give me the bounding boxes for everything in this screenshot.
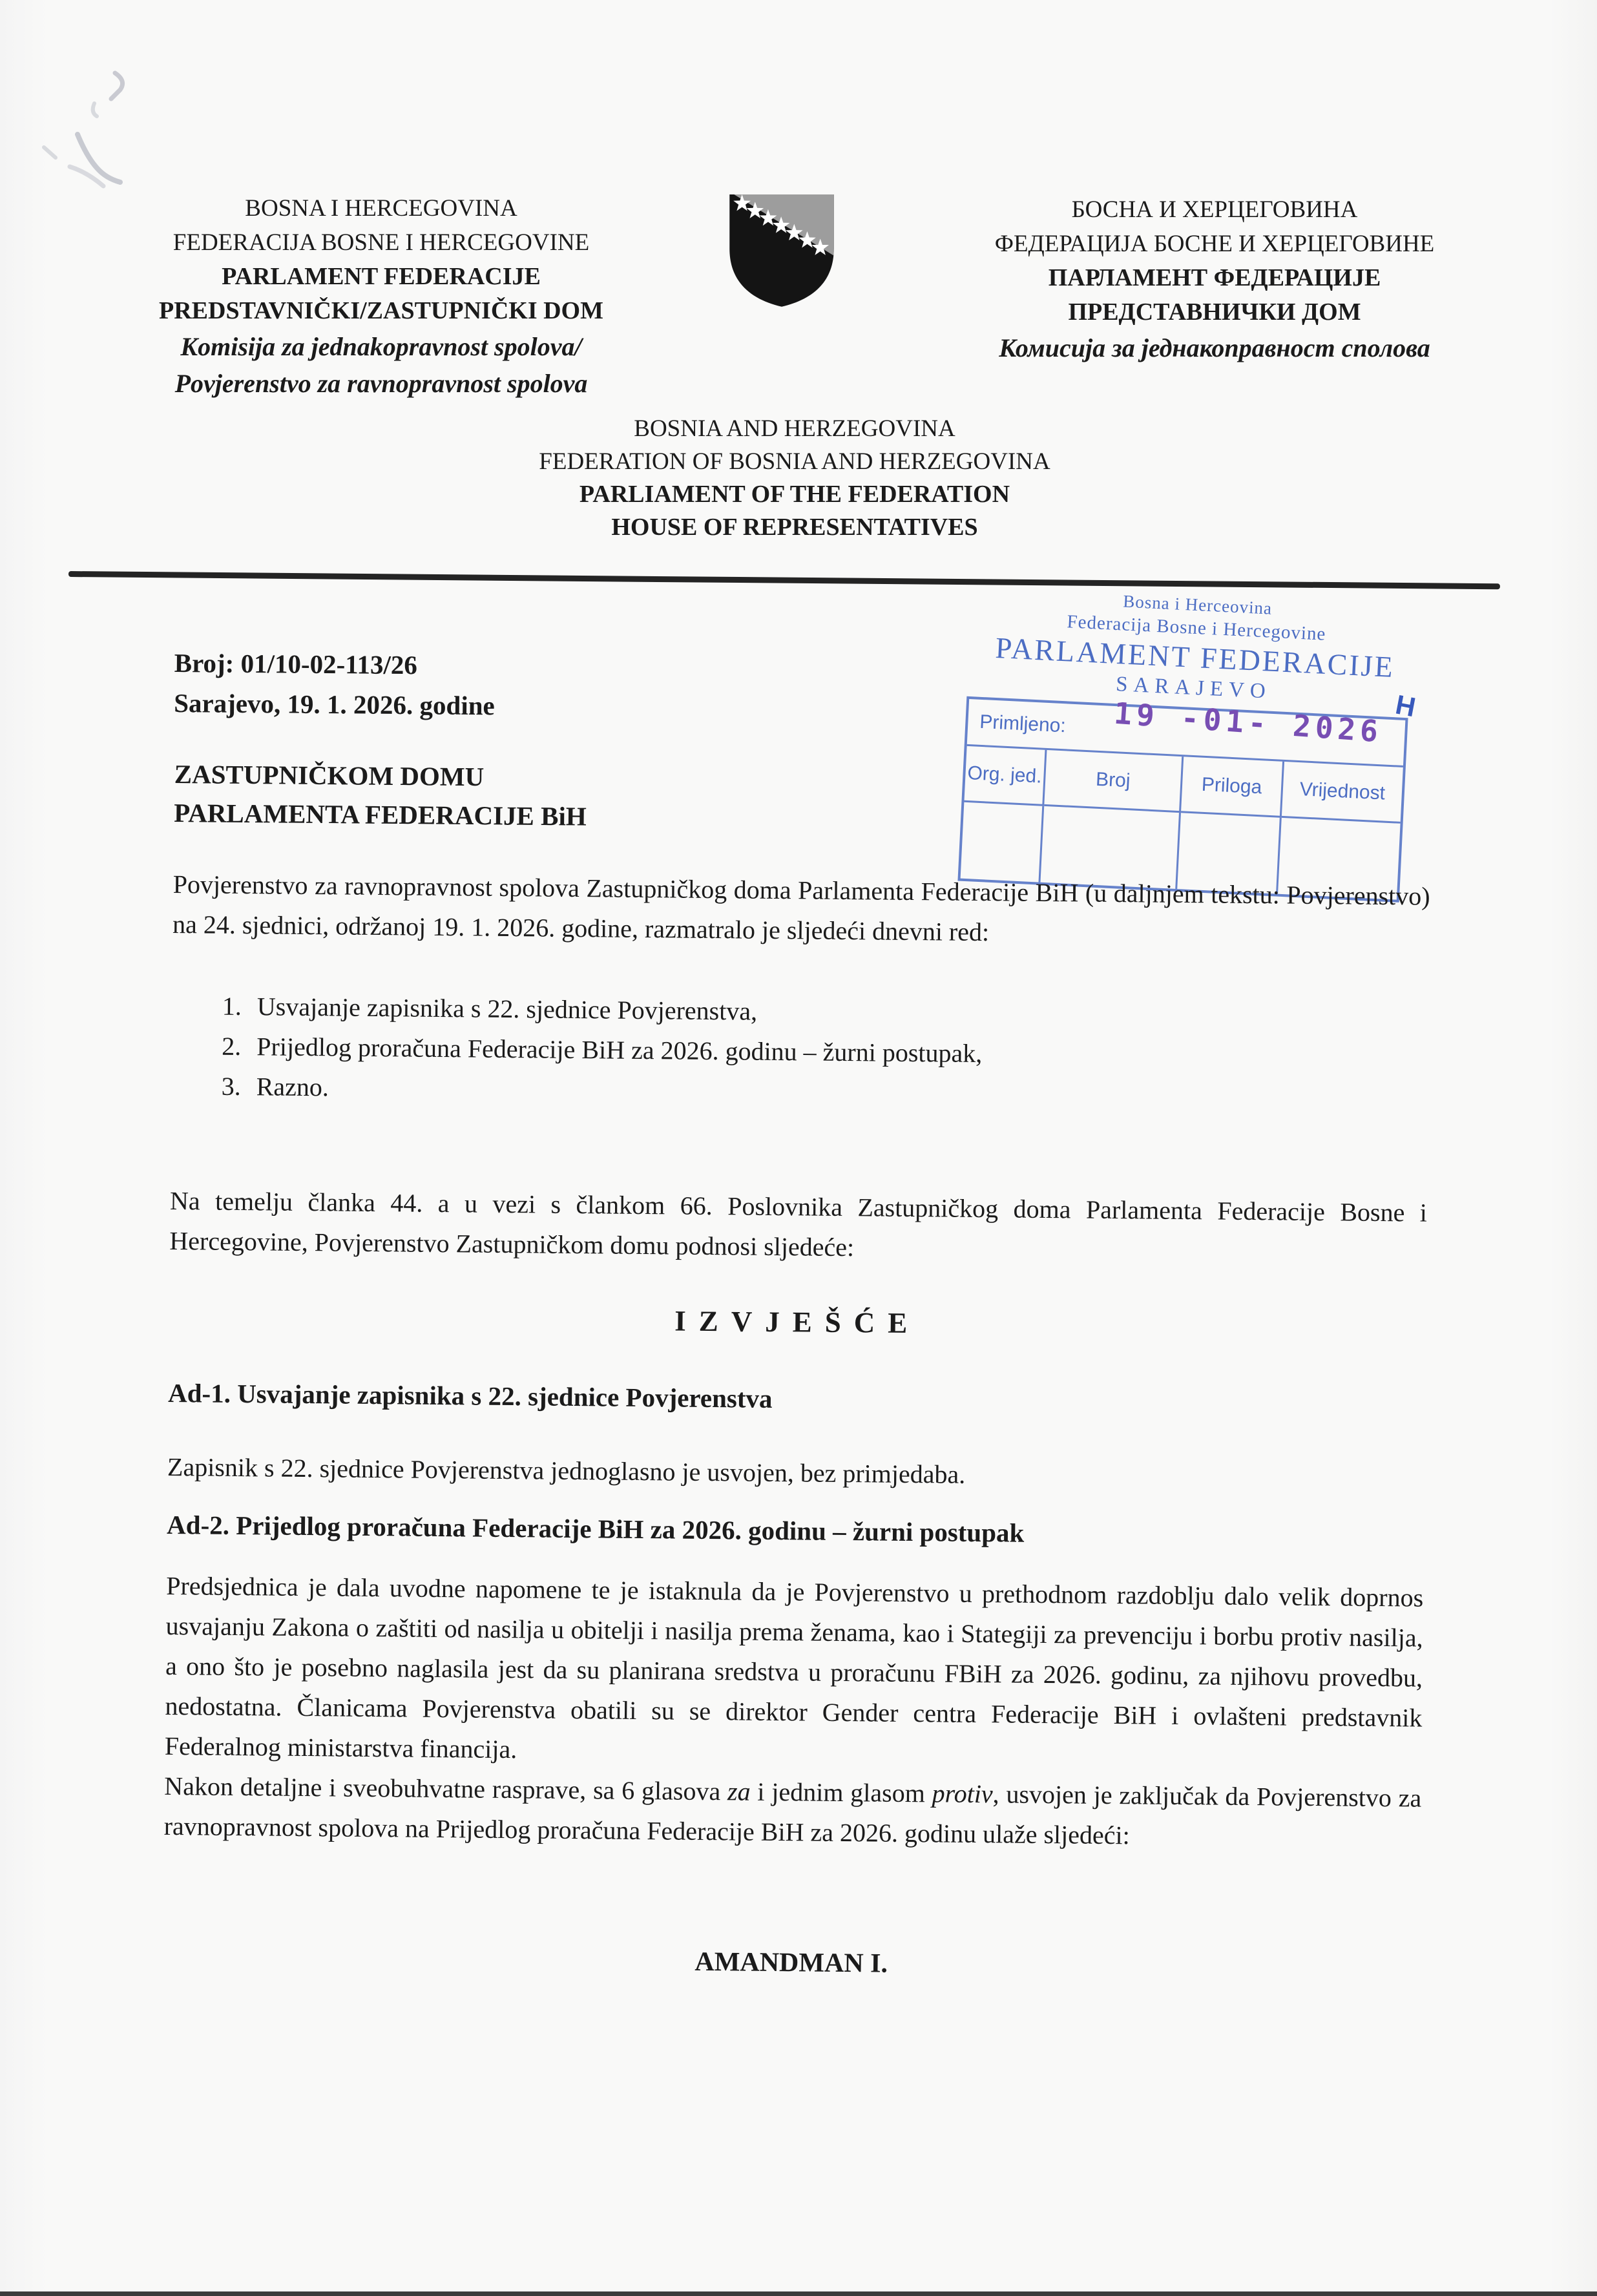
document-body: Povjerenstvo za ravnopravnost spolova Za…	[162, 864, 1430, 1989]
scanned-document-page: BOSNA I HERCEGOVINA FEDERACIJA BOSNE I H…	[0, 0, 1597, 2296]
header-divider-line	[68, 571, 1500, 589]
conclusion-vote-against: protiv	[932, 1779, 992, 1808]
commission-name-line1: Komisija za jednakopravnost spolova/	[97, 328, 665, 365]
receipt-stamp: Bosna i Herceovina Federacija Bosne i He…	[957, 583, 1424, 903]
conclusion-vote-for: za	[727, 1777, 751, 1806]
house-name-en: HOUSE OF REPRESENTATIVES	[504, 511, 1085, 544]
col-priloga: Priloga	[1181, 757, 1284, 818]
addressee-line2: PARLAMENTA FEDERACIJE BiH	[174, 793, 587, 836]
legal-basis-paragraph: Na temelju članka 44. a u vezi s člankom…	[169, 1181, 1427, 1273]
header-left-bosnian: BOSNA I HERCEGOVINA FEDERACIJA BOSNE I H…	[97, 191, 665, 402]
intro-paragraph: Povjerenstvo za ravnopravnost spolova Za…	[172, 864, 1430, 957]
house-name: PREDSTAVNIČKI/ZASTUPNIČKI DOM	[97, 294, 665, 328]
header-right-serbian: БОСНА И ХЕРЦЕГОВИНА ФЕДЕРАЦИЈА БОСНЕ И Х…	[930, 193, 1499, 366]
col-broj: Broj	[1044, 750, 1184, 813]
receipt-stamp-table: Primljeno: Org. jed. Broj Priloga Vrijed…	[957, 696, 1408, 903]
ad1-heading: Ad-1. Usvajanje zapisnika s 22. sjednice…	[168, 1375, 1425, 1423]
addressee-line1: ZASTUPNIČKOM DOMU	[174, 755, 587, 797]
received-label: Primljeno:	[968, 711, 1067, 737]
commission-name-line2: Povjerenstvo za ravnopravnost spolova	[97, 365, 665, 402]
header-center-english: BOSNIA AND HERZEGOVINA FEDERATION OF BOS…	[504, 412, 1085, 544]
scan-edge-bar	[0, 2291, 1597, 2296]
cell-org-jed-value	[961, 802, 1045, 882]
agenda-list: Usvajanje zapisnika s 22. sjednice Povje…	[171, 986, 1429, 1118]
ad2-heading: Ad-2. Prijedlog proračuna Federacije BiH…	[167, 1507, 1424, 1555]
reference-block: Broj: 01/10-02-113/26 Sarajevo, 19. 1. 2…	[174, 643, 496, 725]
report-title: IZVJEŠĆE	[169, 1297, 1426, 1347]
amendment-heading: AMANDMAN I.	[162, 1937, 1420, 1989]
conclusion-part1: Nakon detaljne i sveobuhvatne rasprave, …	[164, 1771, 727, 1806]
ad2-paragraph: Predsjednica je dala uvodne napomene te …	[165, 1566, 1424, 1779]
conclusion-part2: i jednim glasom	[750, 1777, 932, 1808]
federation-name-en: FEDERATION OF BOSNIA AND HERZEGOVINA	[504, 445, 1085, 478]
ad1-paragraph: Zapisnik s 22. sjednice Povjerenstva jed…	[167, 1447, 1425, 1499]
federation-name-cyr: ФЕДЕРАЦИЈА БОСНЕ И ХЕРЦЕГОВИНЕ	[930, 227, 1499, 261]
parliament-name-en: PARLIAMENT OF THE FEDERATION	[504, 478, 1085, 511]
reference-number: Broj: 01/10-02-113/26	[174, 643, 495, 685]
federation-name: FEDERACIJA BOSNE I HERCEGOVINE	[97, 225, 665, 260]
conclusion-paragraph: Nakon detaljne i sveobuhvatne rasprave, …	[163, 1766, 1421, 1859]
country-name-en: BOSNIA AND HERZEGOVINA	[504, 412, 1085, 445]
col-vrijednost: Vrijednost	[1282, 762, 1403, 824]
place-and-date: Sarajevo, 19. 1. 2026. godine	[174, 683, 495, 725]
commission-name-cyr: Комисија за једнакоправност сполова	[930, 329, 1499, 366]
country-name: BOSNA I HERCEGOVINA	[97, 191, 665, 225]
addressee-block: ZASTUPNIČKOM DOMU PARLAMENTA FEDERACIJE …	[174, 755, 587, 836]
coat-of-arms-icon	[725, 190, 839, 310]
house-name-cyr: ПРЕДСТАВНИЧКИ ДОМ	[930, 295, 1499, 329]
col-org-jed: Org. jed.	[964, 746, 1047, 806]
parliament-name: PARLAMENT FEDERACIJE	[97, 260, 665, 294]
country-name-cyr: БОСНА И ХЕРЦЕГОВИНА	[930, 193, 1499, 227]
parliament-name-cyr: ПАРЛАМЕНТ ФЕДЕРАЦИЈЕ	[930, 261, 1499, 295]
